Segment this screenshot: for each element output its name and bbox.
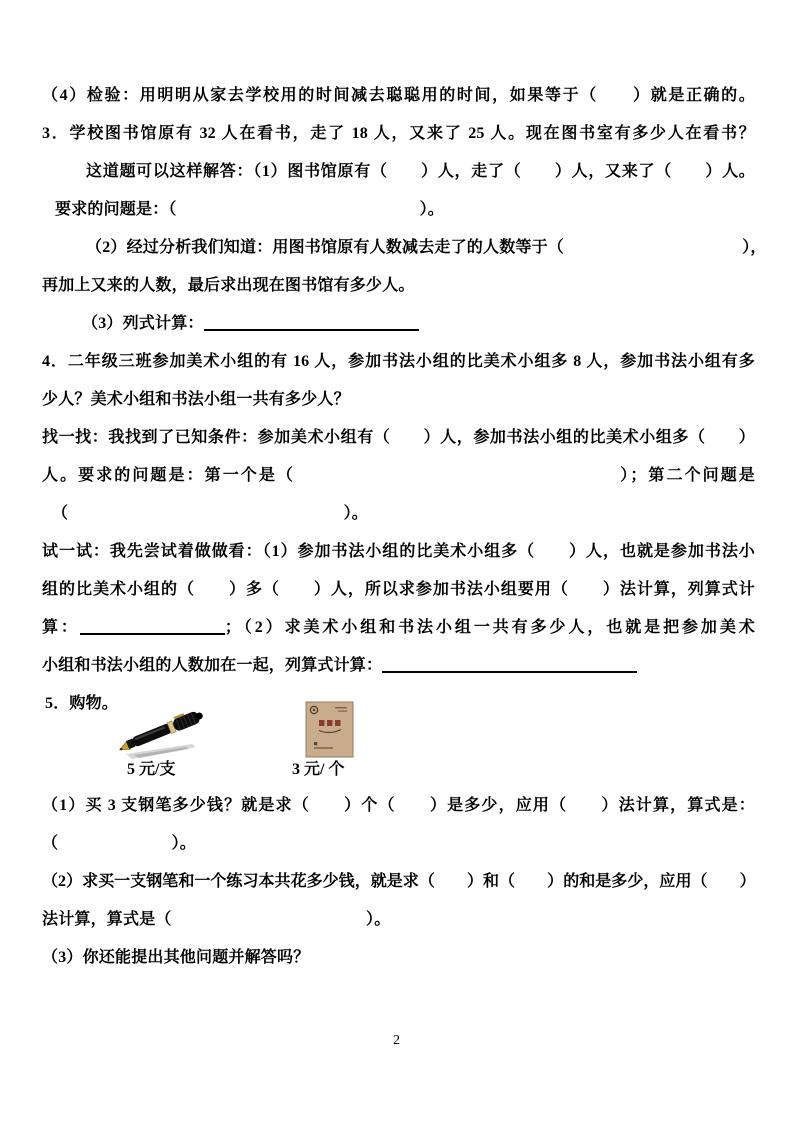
line-q3-question: 要求的问题是：（ ）。 bbox=[42, 191, 755, 229]
fountain-pen-icon bbox=[106, 707, 210, 765]
q4-calc1-label: 算： bbox=[42, 619, 80, 636]
q3-calc-label: （3）列式计算： bbox=[82, 315, 204, 332]
pen-price-label: 5 元/支 bbox=[127, 761, 175, 779]
line-q3-step1: 这道题可以这样解答：（1）图书馆原有（ ）人，走了（ ）人，又来了（ ）人。 bbox=[42, 153, 755, 191]
line-q4-stem-cont: 少人？美术小组和书法小组一共有多少人？ bbox=[42, 381, 755, 419]
line-q4-question2-blank: （ ）。 bbox=[42, 495, 755, 533]
line-q5-part2-cont: 法计算，算式是（ ）。 bbox=[42, 901, 755, 939]
line-q4-calc2: 小组和书法小组的人数加在一起，列算式计算： bbox=[42, 647, 755, 685]
q4-calc2-label: 小组和书法小组的人数加在一起，列算式计算： bbox=[42, 657, 382, 674]
answer-blank-underline bbox=[382, 651, 637, 673]
line-q5-part3: （3）你还能提出其他问题并解答吗？ bbox=[42, 939, 755, 977]
exercise-notebook-icon bbox=[305, 701, 355, 759]
line-q5-part2: （2）求买一支钢笔和一个练习本共花多少钱，就是求（ ）和（ ）的和是多少，应用（… bbox=[42, 863, 755, 901]
q4-part2-text: ；（2）求美术小组和书法小组一共有多少人，也就是把参加美术 bbox=[225, 619, 755, 636]
line-q3-stem: 3．学校图书馆原有 32 人在看书，走了 18 人，又来了 25 人。现在图书室… bbox=[42, 115, 755, 153]
line-q3-step2: （2）经过分析我们知道：用图书馆原有人数减去走了的人数等于（ ）， bbox=[42, 229, 755, 267]
worksheet-page: （4）检验：用明明从家去学校用的时间减去聪聪用的时间，如果等于（ ）就是正确的。… bbox=[0, 0, 793, 1122]
line-q3-step2-cont: 再加上又来的人数，最后求出现在图书馆有多少人。 bbox=[42, 267, 755, 305]
line-q4-stem: 4．二年级三班参加美术小组的有 16 人，参加书法小组的比美术小组多 8 人，参… bbox=[42, 343, 755, 381]
notebook-price-label: 3 元/ 个 bbox=[292, 761, 344, 779]
worksheet-text-block: （4）检验：用明明从家去学校用的时间减去聪聪用的时间，如果等于（ ）就是正确的。… bbox=[42, 77, 755, 977]
line-q4-find: 找一找：我找到了已知条件：参加美术小组有（ ）人，参加书法小组的比美术小组多（ … bbox=[42, 419, 755, 457]
line-q5-part1: （1）买 3 支钢笔多少钱？就是求（ ）个（ ）是多少，应用（ ）法计算，算式是… bbox=[42, 787, 755, 825]
line-q5-part1-blank: （ ）。 bbox=[42, 825, 755, 863]
line-q4-questions: 人。要求的问题是：第一个是（ ）；第二个问题是 bbox=[42, 457, 755, 495]
line-q4-try-cont: 组的比美术小组的（ ）多（ ）人，所以求参加书法小组要用（ ）法计算，列算式计 bbox=[42, 571, 755, 609]
shopping-items: 5 元/支 3 元/ 个 bbox=[42, 723, 755, 787]
page-number: 2 bbox=[0, 1031, 793, 1051]
answer-blank-underline bbox=[204, 309, 419, 331]
line-q3-step3: （3）列式计算： bbox=[42, 305, 755, 343]
answer-blank-underline bbox=[80, 613, 225, 635]
line-q4-calc1: 算：；（2）求美术小组和书法小组一共有多少人，也就是把参加美术 bbox=[42, 609, 755, 647]
line-q2-verify: （4）检验：用明明从家去学校用的时间减去聪聪用的时间，如果等于（ ）就是正确的。 bbox=[42, 77, 755, 115]
line-q4-try: 试一试：我先尝试着做做看：（1）参加书法小组的比美术小组多（ ）人，也就是参加书… bbox=[42, 533, 755, 571]
